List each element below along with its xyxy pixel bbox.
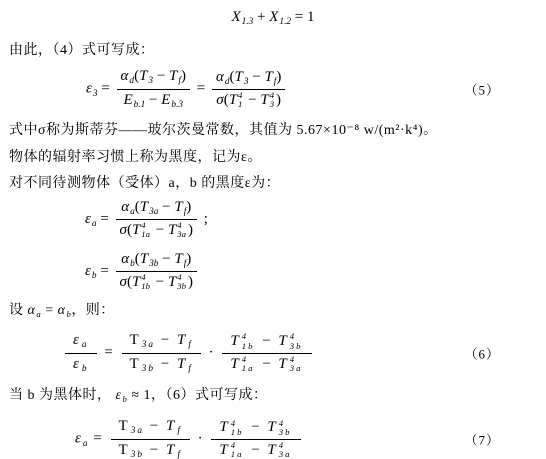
math-token: σ — [216, 92, 223, 108]
math-token: α — [121, 68, 129, 84]
math-token: T — [260, 92, 268, 108]
math-token: T — [119, 418, 130, 434]
equation-7-content: εa = T3a − TfT3b − Tf · T41b − T43bT41a … — [75, 417, 304, 459]
math-token: − — [144, 442, 166, 458]
stacked-sub-sup: 43a — [177, 221, 186, 239]
math-token: T — [168, 274, 176, 290]
math-token: − — [256, 356, 278, 372]
math-token: T — [166, 442, 176, 458]
math-token: f — [177, 426, 182, 436]
math-token: − — [244, 92, 260, 108]
math-token: ) — [181, 68, 186, 84]
math-token: T — [140, 251, 148, 267]
fraction: T3a − TfT3b − Tf — [111, 417, 190, 459]
fraction: T41b − T43bT41a − T43a — [222, 332, 312, 374]
math-token: ε — [86, 80, 92, 96]
stacked-sub-sup: 41b — [231, 419, 244, 437]
document-page: X1.3 + X1.2 = 1 由此，（4）式可写成： ε3 = αd(T3 −… — [0, 0, 546, 459]
math-token: T — [219, 442, 229, 458]
math-token: = — [97, 262, 113, 278]
math-token: α — [121, 199, 129, 215]
math-token: = — [41, 303, 57, 318]
math-token: − — [145, 92, 161, 108]
math-token: 3a — [142, 340, 155, 350]
equation-5-row: ε3 = αd(T3 − Tf)Eb.1 − Eb.3 = αd(T3 − Tf… — [0, 62, 546, 116]
math-token: T — [139, 68, 147, 84]
math-token: · — [204, 344, 220, 360]
math-token: · — [193, 431, 209, 447]
math-token: b.1 — [134, 100, 146, 110]
math-token: T — [166, 418, 176, 434]
math-token: X — [231, 9, 240, 25]
math-token: b.3 — [171, 100, 183, 110]
math-token: − — [248, 69, 264, 85]
math-token: T — [177, 356, 187, 372]
stacked-sub-sup: 41a — [141, 221, 150, 239]
fraction: αd(T3 − Tf)σ(T41 − T43) — [212, 68, 285, 111]
math-token: E — [161, 92, 170, 108]
math-token: T — [132, 222, 140, 238]
math-token: ) — [186, 199, 191, 215]
stacked-sub-sup: 43b — [177, 273, 186, 291]
math-token: − — [256, 333, 278, 349]
math-token: − — [144, 418, 166, 434]
math-token: X — [269, 9, 278, 25]
math-token: ε — [73, 332, 81, 348]
stacked-sub-sup: 43b — [279, 419, 292, 437]
stacked-sub-sup: 41b — [141, 273, 150, 291]
math-token: + — [253, 9, 269, 25]
equation-6-number: （6） — [464, 344, 500, 363]
math-token: − — [155, 332, 177, 348]
math-token: T — [174, 251, 182, 267]
math-token: a — [82, 340, 89, 350]
fraction: εaεb — [65, 331, 97, 375]
equation-content: X1.3 + X1.2 = 1 — [231, 9, 314, 27]
math-token: T — [230, 333, 240, 349]
math-token: ) — [188, 274, 193, 290]
math-token: ε — [85, 262, 91, 278]
math-token: α — [121, 251, 129, 267]
math-token: α — [28, 303, 36, 318]
math-token: ε — [85, 210, 91, 226]
math-token: ) — [188, 222, 193, 238]
math-token: T — [278, 356, 288, 372]
math-token: f — [188, 364, 193, 374]
math-token: 3b — [142, 364, 155, 374]
math-token: ) — [276, 69, 281, 85]
stacked-sub-sup: 41a — [231, 441, 244, 459]
stacked-sub-sup: 41b — [242, 332, 255, 350]
math-token: T — [219, 419, 229, 435]
math-token: T — [169, 68, 177, 84]
equation-7-row: εa = T3a − TfT3b − Tf · T41b − T43bT41a … — [0, 414, 546, 459]
fraction: αb(T3b − Tf)σ(T41b − T43b) — [116, 250, 197, 293]
equation-7-number: （7） — [464, 430, 500, 449]
math-token: ≈ 1，（6）式可写成： — [127, 388, 267, 403]
math-token: 3b — [149, 259, 158, 269]
math-token: − — [245, 442, 267, 458]
stacked-sub-sup: 43a — [290, 355, 303, 373]
math-token: α — [216, 69, 224, 85]
equation-epsilon-b-content: εb = αb(T3b − Tf)σ(T41b − T43b) — [85, 250, 200, 293]
math-token: − — [155, 356, 177, 372]
equation-5-number: （5） — [464, 80, 500, 99]
fraction: T3a − TfT3b − Tf — [122, 331, 201, 375]
math-token: ，则： — [71, 303, 115, 318]
math-token: 3a — [149, 207, 158, 217]
equation-6-row: εaεb = T3a − TfT3b − Tf · T41b − T43bT41… — [0, 327, 546, 379]
paragraph-assume-alpha: 设 αa = αb，则： — [0, 302, 546, 323]
math-token: T — [230, 356, 240, 372]
equation-epsilon-a-row: εa = αa(T3a − Tf)σ(T41a − T43a) ; — [0, 196, 546, 242]
math-token: T — [278, 333, 288, 349]
math-token: T — [140, 199, 148, 215]
stacked-sub-sup: 43 — [270, 91, 274, 109]
math-token: ε — [73, 356, 81, 372]
math-token: = — [100, 344, 119, 360]
fraction: αa(T3a − Tf)σ(T41a − T43a) — [116, 198, 197, 241]
stacked-sub-sup: 43b — [290, 332, 303, 350]
math-token: 1.2 — [279, 17, 291, 27]
math-token: T — [119, 442, 130, 458]
math-token: = — [89, 431, 108, 447]
math-token: − — [158, 251, 174, 267]
paragraph-emissivity: 物体的辐射率习惯上称为黑度，记为ε。 — [0, 149, 546, 167]
math-token: 设 — [9, 303, 28, 318]
stacked-sub-sup: 41a — [242, 355, 255, 373]
stacked-sub-sup: 41 — [238, 91, 242, 109]
equation-6-content: εaεb = T3a − TfT3b − Tf · T41b − T43bT41… — [62, 331, 315, 375]
math-token: = — [97, 210, 113, 226]
math-token: T — [168, 222, 176, 238]
math-token: T — [267, 419, 277, 435]
math-token: − — [153, 68, 169, 84]
math-token: 3b — [131, 450, 144, 459]
math-token: ε — [75, 431, 82, 447]
math-token: = — [98, 80, 114, 96]
math-token: = 1 — [291, 9, 314, 25]
math-token: T — [174, 199, 182, 215]
paragraph-blackbody: 当 b 为黑体时， εb ≈ 1，（6）式可写成： — [0, 387, 546, 408]
math-token: ) — [276, 92, 281, 108]
paragraph-stefan-boltzmann: 式中σ称为斯蒂芬——玻尔茨曼常数，其值为 5.67×10⁻⁸ w/(m²·k⁴)… — [0, 122, 546, 140]
math-token: σ — [120, 222, 127, 238]
math-token: 1.3 — [242, 17, 254, 27]
equation-epsilon-b-row: εb = αb(T3b − Tf)σ(T41b − T43b) — [0, 248, 546, 294]
math-token: 3a — [131, 426, 144, 436]
math-token: T — [130, 332, 141, 348]
math-token: T — [264, 69, 272, 85]
paragraph-intro: 由此，（4）式可写成： — [0, 42, 546, 60]
math-token: T — [267, 442, 277, 458]
math-token: T — [177, 332, 187, 348]
math-token: − — [245, 419, 267, 435]
math-token: f — [177, 450, 182, 459]
math-token: T — [132, 274, 140, 290]
math-token: E — [123, 92, 132, 108]
stacked-sub-sup: 43a — [279, 441, 292, 459]
fraction: αd(T3 − Tf)Eb.1 − Eb.3 — [117, 67, 190, 111]
math-token: − — [152, 274, 168, 290]
math-token: T — [130, 356, 141, 372]
equation-5-content: ε3 = αd(T3 − Tf)Eb.1 − Eb.3 = αd(T3 − Tf… — [86, 67, 288, 111]
math-token: σ — [120, 274, 127, 290]
math-token: T — [229, 92, 237, 108]
math-token: = — [193, 80, 209, 96]
math-token: ε — [116, 388, 122, 403]
math-token: f — [188, 340, 193, 350]
math-token: − — [158, 199, 174, 215]
math-token: b — [82, 364, 89, 374]
equation-epsilon-a-content: εa = αa(T3a − Tf)σ(T41a − T43a) ; — [85, 198, 208, 241]
math-token: α — [58, 303, 66, 318]
math-token: ) — [186, 251, 191, 267]
math-token: − — [152, 222, 168, 238]
math-token: ; — [200, 210, 208, 226]
paragraph-objects-ab: 对不同待测物体（受体）a，b 的黑度ε为： — [0, 175, 546, 193]
fraction: T41b − T43bT41a − T43a — [211, 418, 301, 459]
math-token: T — [234, 69, 242, 85]
math-token: 当 b 为黑体时， — [9, 388, 116, 403]
equation-view-factor-sum: X1.3 + X1.2 = 1 — [0, 8, 546, 32]
